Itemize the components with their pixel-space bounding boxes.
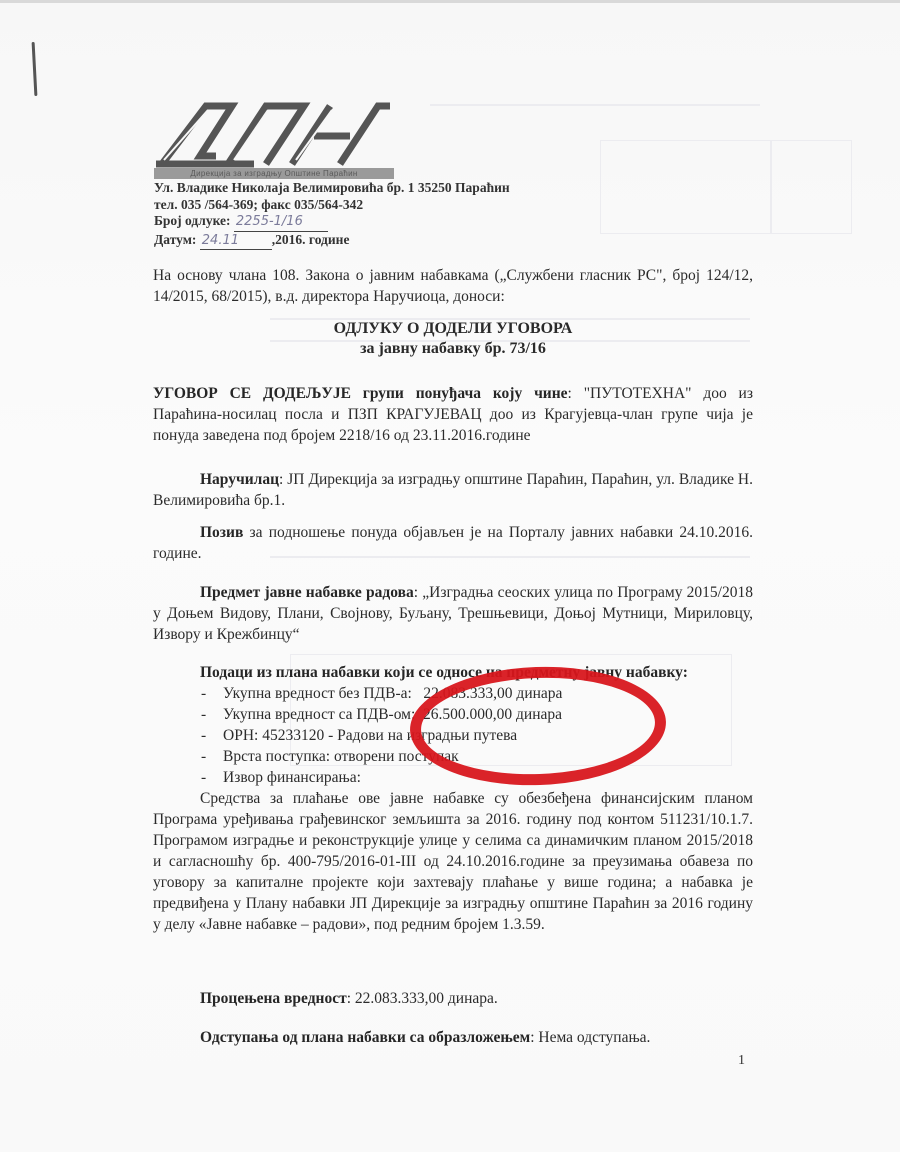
client-label: Наручилац bbox=[200, 471, 279, 488]
date-line: Датум: 24.11,2016. године bbox=[154, 232, 510, 251]
estimated-value-label: Процењена вредност bbox=[200, 990, 347, 1007]
letterhead: Ул. Владике Николаја Велимировића бр. 1 … bbox=[154, 180, 510, 250]
document-page: Дирекција за изградњу Општине Параћин Ул… bbox=[0, 0, 900, 1152]
invitation-label: Позив bbox=[200, 524, 243, 541]
title-line-1: ОДЛУКУ О ДОДЕЛИ УГОВОРА bbox=[153, 319, 753, 339]
page-number: 1 bbox=[738, 1053, 745, 1069]
plan-heading: Подаци из плана набавки који се односе н… bbox=[153, 662, 753, 683]
logo-band: Дирекција за изградњу Општине Параћин bbox=[154, 168, 394, 179]
client-paragraph: Наручилац: ЈП Дирекција за изградњу општ… bbox=[153, 469, 753, 511]
estimated-value-paragraph: Процењена вредност: 22.083.333,00 динара… bbox=[153, 988, 753, 1009]
date-value: 24.11 bbox=[200, 233, 272, 251]
show-through bbox=[770, 140, 852, 234]
award-label: УГОВОР СЕ ДОДЕЉУЈЕ групи понуђача коју ч… bbox=[153, 385, 568, 402]
contact-line: тел. 035 /564-369; факс 035/564-342 bbox=[154, 197, 510, 214]
invitation-text: за подношење понуда објављен је на Порта… bbox=[153, 524, 753, 562]
subject-paragraph: Предмет јавне набавке радова: „Изградња … bbox=[153, 582, 753, 645]
decision-number-line: Број одлуке: 2255-1/16 bbox=[154, 213, 510, 232]
address-line: Ул. Владике Николаја Велимировића бр. 1 … bbox=[154, 180, 510, 197]
intro-paragraph: На основу члана 108. Закона о јавним наб… bbox=[153, 265, 753, 307]
pen-margin-mark bbox=[32, 42, 38, 96]
show-through bbox=[600, 140, 772, 234]
date-label: Датум: bbox=[154, 232, 196, 247]
title-line-2: за јавну набавку бр. 73/16 bbox=[153, 339, 753, 359]
scan-top-edge bbox=[0, 0, 900, 3]
decision-title: ОДЛУКУ О ДОДЕЛИ УГОВОРА за јавну набавку… bbox=[153, 319, 753, 359]
decision-number-label: Број одлуке: bbox=[154, 213, 231, 228]
award-paragraph: УГОВОР СЕ ДОДЕЉУЈЕ групи понуђача коју ч… bbox=[153, 383, 753, 446]
dpn-logo bbox=[154, 98, 394, 168]
deviations-text: : Нема одступања. bbox=[530, 1029, 650, 1046]
subject-label: Предмет јавне набавке радова bbox=[200, 584, 414, 601]
deviations-label: Одступања од плана набавки са образложењ… bbox=[200, 1029, 530, 1046]
estimated-value-text: : 22.083.333,00 динара. bbox=[347, 990, 498, 1007]
funding-paragraph: Средства за плаћање ове јавне набавке су… bbox=[153, 788, 753, 935]
decision-number-value: 2255-1/16 bbox=[234, 214, 328, 232]
date-suffix: ,2016. године bbox=[272, 232, 350, 247]
show-through bbox=[430, 104, 760, 106]
deviations-paragraph: Одступања од плана набавки са образложењ… bbox=[153, 1027, 753, 1048]
invitation-paragraph: Позив за подношење понуда објављен је на… bbox=[153, 522, 753, 564]
